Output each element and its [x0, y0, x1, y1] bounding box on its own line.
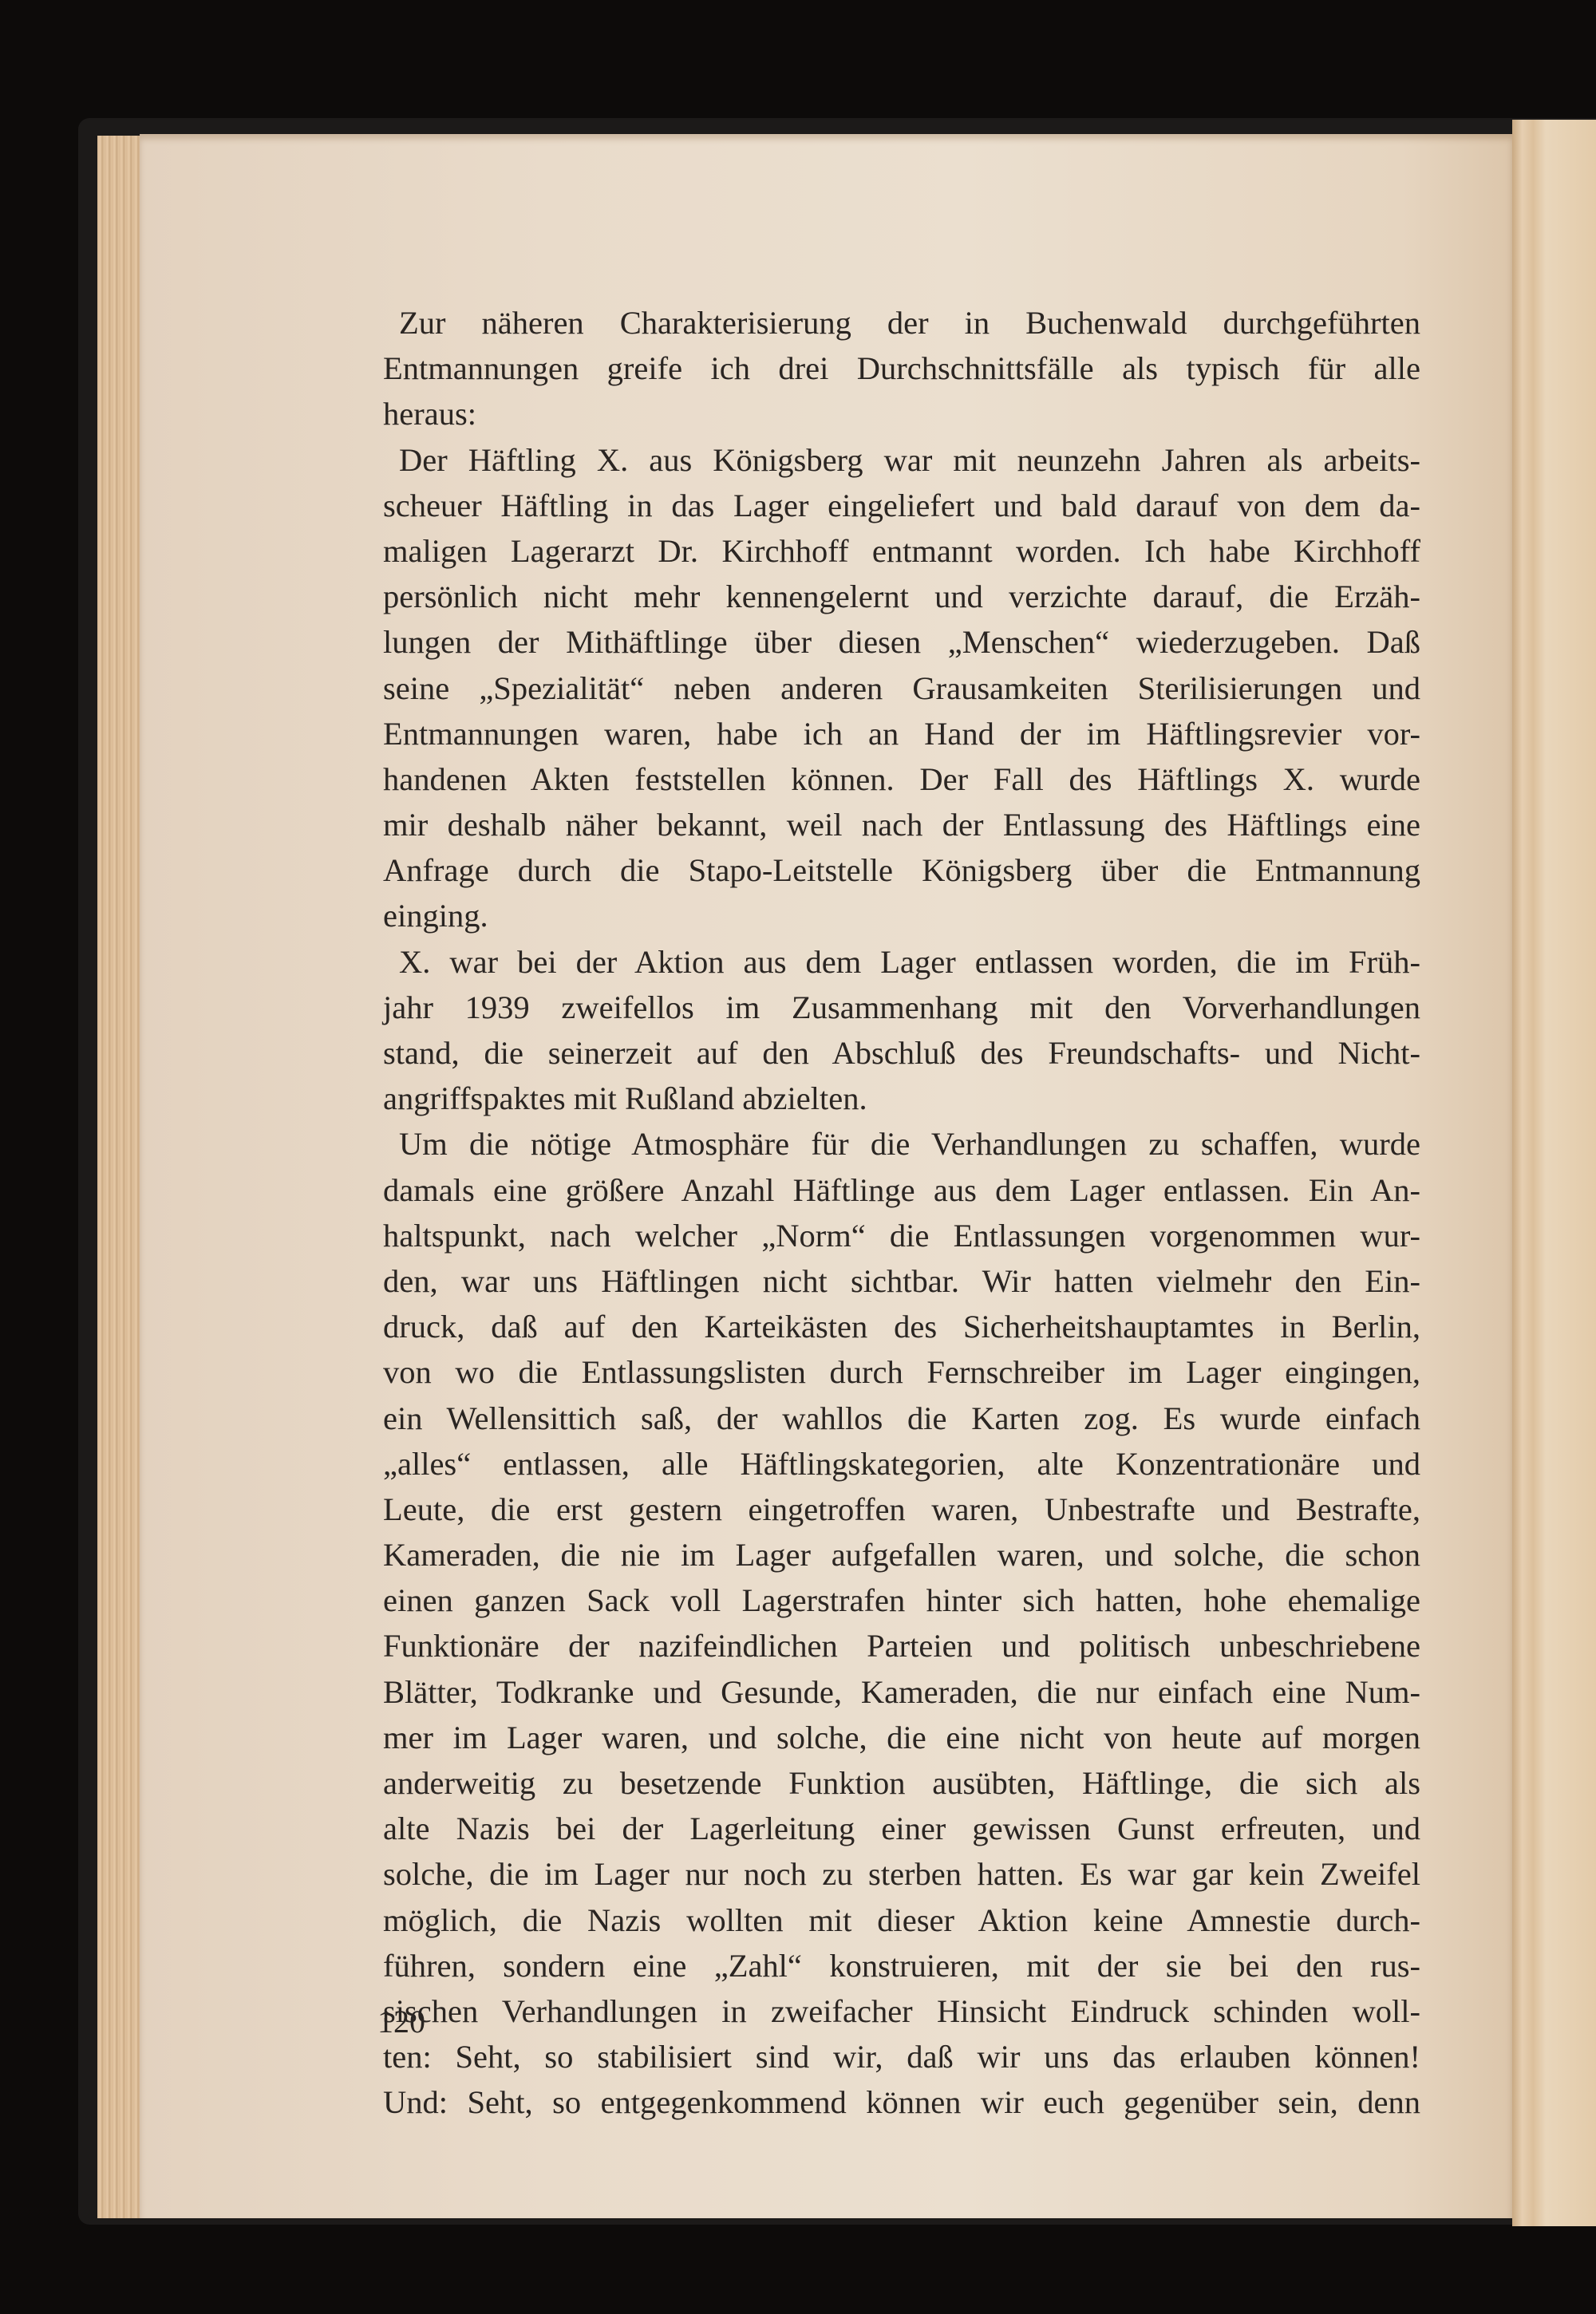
text-line: den, war uns Häftlingen nicht sichtbar. …	[383, 1258, 1420, 1304]
text-line: haltspunkt, nach welcher „Norm“ die Entl…	[383, 1213, 1420, 1258]
text-line: möglich, die Nazis wollten mit dieser Ak…	[383, 1897, 1420, 1943]
text-line: von wo die Entlassungslisten durch Ferns…	[383, 1349, 1420, 1395]
text-line: Leute, die erst gestern eingetroffen war…	[383, 1487, 1420, 1532]
text-line: damals eine größere Anzahl Häftlinge aus…	[383, 1167, 1420, 1213]
text-line: „alles“ entlassen, alle Häftlingskategor…	[383, 1441, 1420, 1487]
text-line: einen ganzen Sack voll Lagerstrafen hint…	[383, 1578, 1420, 1623]
text-line: persönlich nicht mehr kennengelernt und …	[383, 574, 1420, 619]
text-line: Zur näheren Charakterisierung der in Buc…	[383, 300, 1420, 346]
text-line: Und: Seht, so entgegenkommend können wir…	[383, 2079, 1420, 2125]
page-number: 120	[377, 2003, 425, 2040]
text-line: Der Häftling X. aus Königsberg war mit n…	[383, 437, 1420, 483]
text-line: druck, daß auf den Karteikästen des Sich…	[383, 1304, 1420, 1349]
text-line: handenen Akten feststellen können. Der F…	[383, 756, 1420, 802]
body-text: Zur näheren Charakterisierung der in Buc…	[383, 300, 1420, 2126]
text-line: ten: Seht, so stabilisiert sind wir, daß…	[383, 2034, 1420, 2079]
text-line: Entmannungen waren, habe ich an Hand der…	[383, 711, 1420, 756]
text-line: führen, sondern eine „Zahl“ konstruieren…	[383, 1943, 1420, 1988]
text-line: mer im Lager waren, und solche, die eine…	[383, 1715, 1420, 1760]
text-line: heraus:	[383, 391, 1420, 436]
text-line: ein Wellensittich saß, der wahllos die K…	[383, 1396, 1420, 1441]
text-line: scheuer Häftling in das Lager eingeliefe…	[383, 483, 1420, 528]
text-line: X. war bei der Aktion aus dem Lager entl…	[383, 939, 1420, 985]
text-line: mir deshalb näher bekannt, weil nach der…	[383, 802, 1420, 847]
text-line: Kameraden, die nie im Lager aufgefallen …	[383, 1532, 1420, 1578]
text-line: sischen Verhandlungen in zweifacher Hins…	[383, 1988, 1420, 2034]
text-line: einging.	[383, 893, 1420, 938]
text-line: Blätter, Todkranke und Gesunde, Kamerade…	[383, 1669, 1420, 1715]
facing-page-edge	[1512, 120, 1596, 2226]
text-line: maligen Lagerarzt Dr. Kirchhoff entmannt…	[383, 528, 1420, 574]
text-line: solche, die im Lager nur noch zu sterben…	[383, 1851, 1420, 1897]
text-line: Um die nötige Atmosphäre für die Verhand…	[383, 1121, 1420, 1167]
text-line: seine „Spezialität“ neben anderen Grausa…	[383, 665, 1420, 711]
page-edges	[97, 136, 145, 2218]
text-line: stand, die seinerzeit auf den Abschluß d…	[383, 1030, 1420, 1076]
text-line: lungen der Mithäftlinge über diesen „Men…	[383, 619, 1420, 665]
text-line: Anfrage durch die Stapo-Leitstelle König…	[383, 847, 1420, 893]
text-line: alte Nazis bei der Lagerleitung einer ge…	[383, 1806, 1420, 1851]
text-line: Entmannungen greife ich drei Durchschnit…	[383, 346, 1420, 391]
text-line: angriffspaktes mit Rußland abzielten.	[383, 1076, 1420, 1121]
text-line: jahr 1939 zweifellos im Zusammenhang mit…	[383, 985, 1420, 1030]
text-line: Funktionäre der nazifeindlichen Parteien…	[383, 1623, 1420, 1668]
text-line: anderweitig zu besetzende Funktion ausüb…	[383, 1760, 1420, 1806]
